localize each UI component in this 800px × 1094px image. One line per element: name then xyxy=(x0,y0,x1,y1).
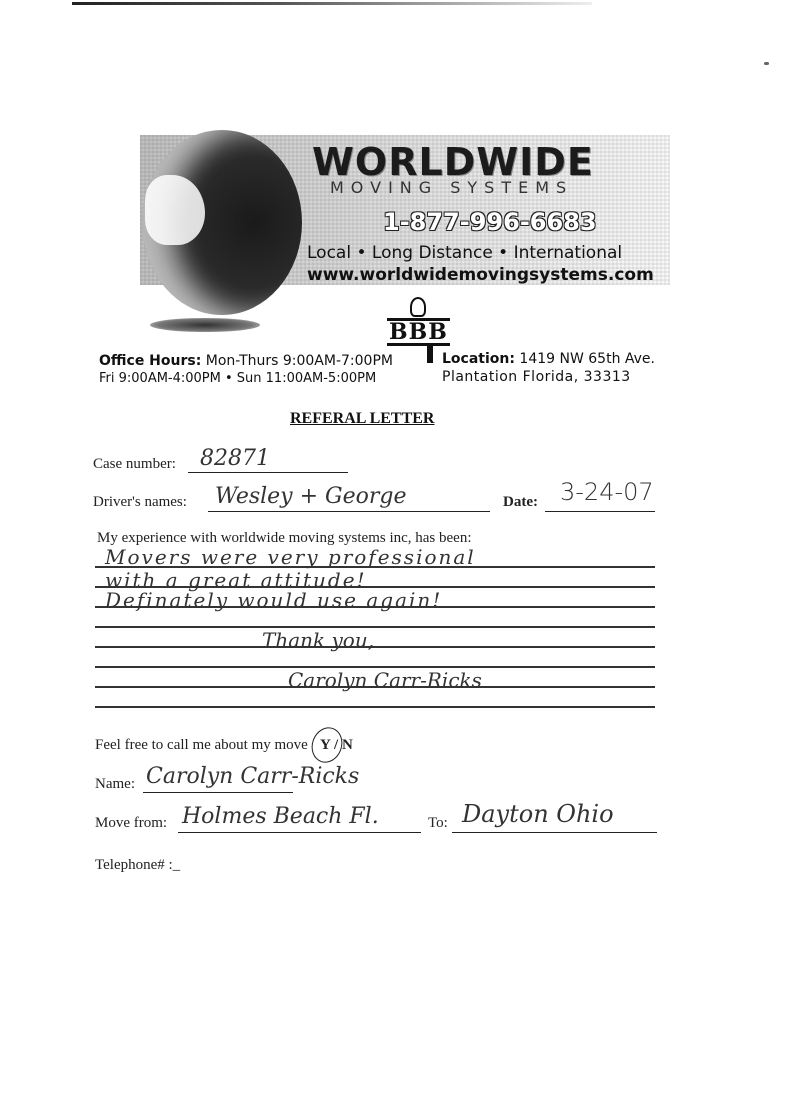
bbb-post-icon xyxy=(427,345,433,363)
move-from-field[interactable]: Holmes Beach Fl. xyxy=(182,804,379,829)
drivers-underline xyxy=(208,511,490,512)
office-hours-line1: Office Hours: Mon-Thurs 9:00AM-7:00PM xyxy=(99,353,393,369)
date-field[interactable]: 3-24-07 xyxy=(560,478,654,506)
call-permission-label: Feel free to call me about my move xyxy=(95,737,308,754)
form-title: REFERAL LETTER xyxy=(290,410,434,428)
experience-line-3[interactable]: Definately would use again! xyxy=(105,588,442,612)
move-to-field[interactable]: Dayton Ohio xyxy=(462,800,614,828)
scan-speck xyxy=(764,62,769,65)
selected-yes-circle xyxy=(307,723,348,767)
name-underline xyxy=(143,792,293,793)
case-number-field[interactable]: 82871 xyxy=(200,446,270,471)
office-hours-weekday: Mon-Thurs 9:00AM-7:00PM xyxy=(206,353,393,369)
company-tagline: MOVING SYSTEMS xyxy=(330,178,573,197)
experience-line-4[interactable]: Thank you, xyxy=(262,628,374,652)
drivers-field[interactable]: Wesley + George xyxy=(215,484,407,509)
experience-line-5[interactable]: Carolyn Carr-Ricks xyxy=(288,668,482,692)
move-from-label: Move from: xyxy=(95,815,167,832)
location-label: Location: xyxy=(442,351,515,367)
drivers-label: Driver's names: xyxy=(93,494,187,511)
office-hours-line2: Fri 9:00AM-4:00PM • Sun 11:00AM-5:00PM xyxy=(99,371,376,386)
date-underline xyxy=(545,511,655,512)
move-to-underline xyxy=(452,832,657,833)
experience-line-1[interactable]: Movers were very professional xyxy=(105,545,476,569)
move-to-label: To: xyxy=(428,815,448,832)
ruled-line-4 xyxy=(95,626,655,628)
case-number-label: Case number: xyxy=(93,456,176,473)
location-line1: Location: 1419 NW 65th Ave. xyxy=(442,351,655,367)
move-from-underline xyxy=(178,832,421,833)
company-services: Local • Long Distance • International xyxy=(307,243,622,263)
name-field[interactable]: Carolyn Carr-Ricks xyxy=(146,764,359,789)
name-label: Name: xyxy=(95,776,135,793)
office-hours-label: Office Hours: xyxy=(99,353,201,369)
ruled-line-5 xyxy=(95,646,655,648)
bbb-torch-icon xyxy=(410,297,426,317)
date-label: Date: xyxy=(503,494,538,511)
scan-edge-line xyxy=(72,2,592,5)
company-phone: 1-877-996-6683 xyxy=(383,208,597,236)
globe-shadow xyxy=(150,318,260,332)
bbb-logo: BBB xyxy=(387,318,450,346)
company-website: www.worldwidemovingsystems.com xyxy=(307,265,654,285)
case-number-underline xyxy=(188,472,348,473)
ruled-line-8 xyxy=(95,706,655,708)
location-city: Plantation Florida, 33313 xyxy=(442,369,631,385)
telephone-label: Telephone# :_ xyxy=(95,857,180,874)
location-street: 1419 NW 65th Ave. xyxy=(519,351,655,367)
